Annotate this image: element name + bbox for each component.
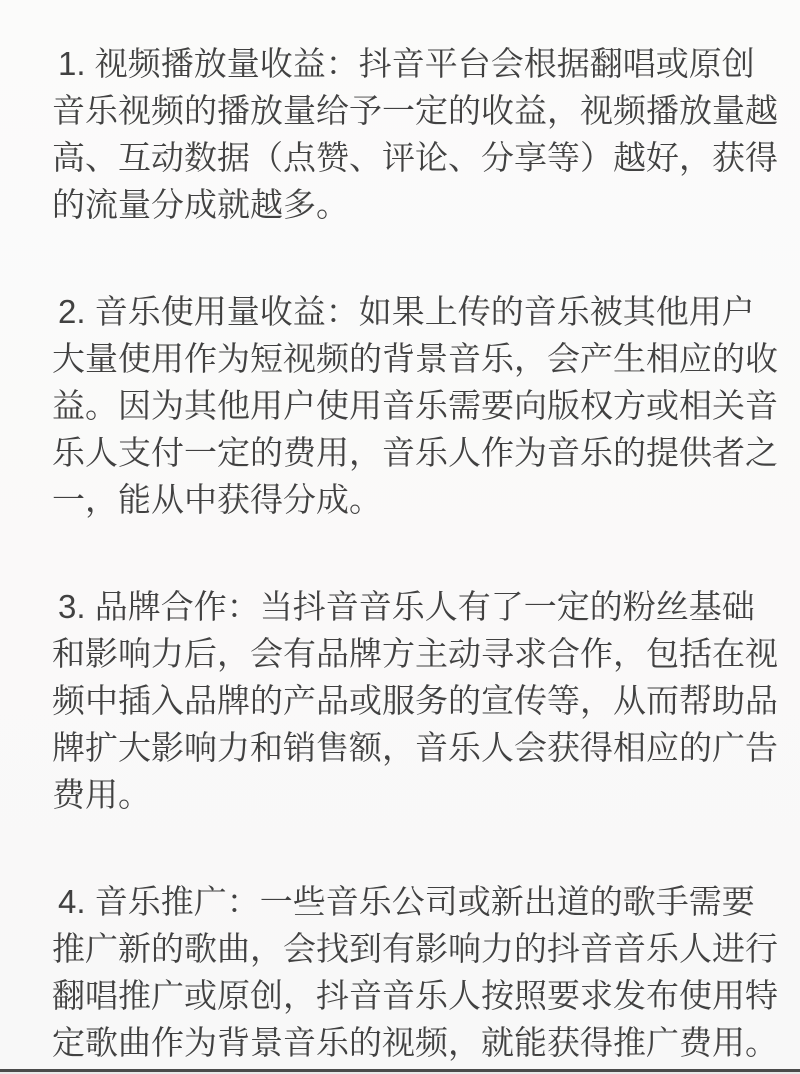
text-line: 3. 品牌合作：当抖音音乐人有了一定的粉丝基础: [52, 583, 750, 630]
text-line: 费用。: [52, 771, 750, 818]
paragraph-4: 4. 音乐推广：一些音乐公司或新出道的歌手需要推广新的歌曲，会找到有影响力的抖音…: [52, 878, 750, 1066]
text-line: 一，能从中获得分成。: [52, 476, 750, 523]
text-line: 翻唱推广或原创，抖音音乐人按照要求发布使用特: [52, 972, 750, 1019]
text-line: 大量使用作为短视频的背景音乐，会产生相应的收: [52, 335, 750, 382]
document-page: 1. 视频播放量收益：抖音平台会根据翻唱或原创音乐视频的播放量给予一定的收益，视…: [0, 0, 800, 1074]
text-line: 4. 音乐推广：一些音乐公司或新出道的歌手需要: [52, 878, 750, 925]
paragraph-2: 2. 音乐使用量收益：如果上传的音乐被其他用户大量使用作为短视频的背景音乐，会产…: [52, 288, 750, 523]
text-line: 的流量分成就越多。: [52, 181, 750, 228]
paragraph-1: 1. 视频播放量收益：抖音平台会根据翻唱或原创音乐视频的播放量给予一定的收益，视…: [52, 40, 750, 228]
paragraph-3: 3. 品牌合作：当抖音音乐人有了一定的粉丝基础和影响力后，会有品牌方主动寻求合作…: [52, 583, 750, 818]
text-line: 牌扩大影响力和销售额，音乐人会获得相应的广告: [52, 724, 750, 771]
text-line: 频中插入品牌的产品或服务的宣传等，从而帮助品: [52, 677, 750, 724]
text-line: 1. 视频播放量收益：抖音平台会根据翻唱或原创: [52, 40, 750, 87]
text-line: 推广新的歌曲，会找到有影响力的抖音音乐人进行: [52, 925, 750, 972]
text-line: 音乐视频的播放量给予一定的收益，视频播放量越: [52, 87, 750, 134]
text-line: 益。因为其他用户使用音乐需要向版权方或相关音: [52, 382, 750, 429]
text-line: 定歌曲作为背景音乐的视频，就能获得推广费用。: [52, 1019, 750, 1066]
text-line: 高、互动数据（点赞、评论、分享等）越好，获得: [52, 134, 750, 181]
article-body: 1. 视频播放量收益：抖音平台会根据翻唱或原创音乐视频的播放量给予一定的收益，视…: [0, 0, 800, 1066]
text-line: 乐人支付一定的费用，音乐人作为音乐的提供者之: [52, 429, 750, 476]
text-line: 2. 音乐使用量收益：如果上传的音乐被其他用户: [52, 288, 750, 335]
text-line: 和影响力后，会有品牌方主动寻求合作，包括在视: [52, 630, 750, 677]
